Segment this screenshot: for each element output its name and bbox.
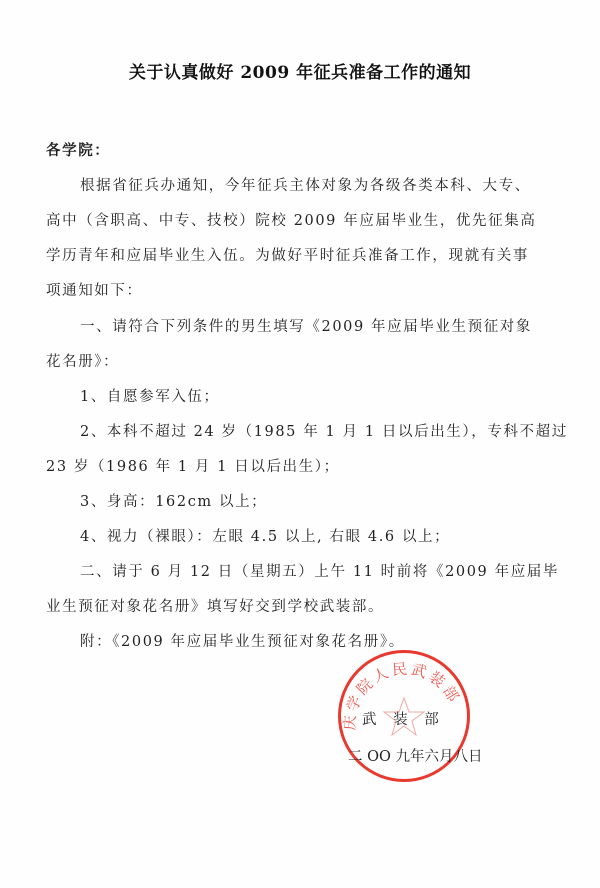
salutation: 各学院：: [46, 139, 546, 160]
condition-item-1: 1、自愿参军入伍；: [80, 385, 580, 406]
paragraph-line: 项通知如下：: [46, 279, 546, 300]
attachment-line: 附：《2009 年应届毕业生预征对象花名册》。: [80, 630, 580, 651]
paragraph-line: 高中（含职高、中专、技校）院校 2009 年应届毕业生，优先征集高: [46, 209, 546, 230]
section-one-line: 一、请符合下列条件的男生填写《2009 年应届毕业生预征对象: [80, 315, 580, 336]
section-two-line: 业生预征对象花名册》填写好交到学校武装部。: [46, 595, 546, 616]
paragraph-line: 学历青年和应届毕业生入伍。为做好平时征兵准备工作，现就有关事: [46, 244, 546, 265]
signature-date: 二 OO 九年六月八日: [348, 745, 483, 766]
condition-item-2-cont: 23 岁（1986 年 1 月 1 日以后出生）；: [46, 455, 546, 476]
condition-item-4: 4、视力（裸眼）：左眼 4.5 以上, 右眼 4.6 以上；: [80, 525, 580, 546]
condition-item-3: 3、身高：162cm 以上；: [80, 490, 580, 511]
document-page: 关于认真做好 2009 年征兵准备工作的通知 各学院： 根据省征兵办通知，今年征…: [0, 0, 600, 888]
document-title: 关于认真做好 2009 年征兵准备工作的通知: [0, 58, 600, 83]
section-one-line: 花名册》：: [46, 350, 546, 371]
signature-department: 武 装 部: [362, 708, 445, 729]
paragraph-line: 根据省征兵办通知，今年征兵主体对象为各级各类本科、大专、: [80, 174, 580, 195]
section-two-line: 二、请于 6 月 12 日（星期五）上午 11 时前将《2009 年应届毕: [80, 560, 580, 581]
condition-item-2: 2、本科不超过 24 岁（1985 年 1 月 1 日以后出生），专科不超过: [80, 420, 580, 441]
